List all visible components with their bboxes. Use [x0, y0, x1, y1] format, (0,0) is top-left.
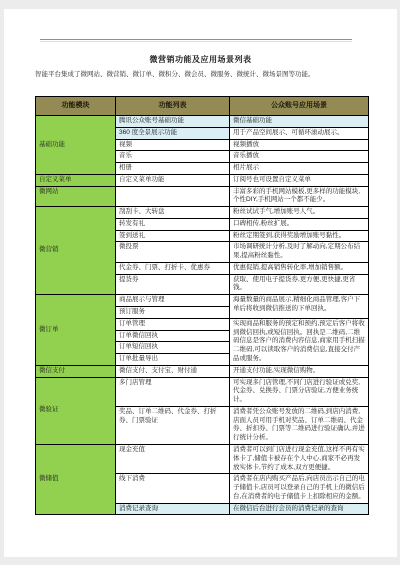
scene-cell: 可实现多门店管理,不同门店进行验证或兑奖,代金券、兑换券、门票分店验证,方便业务… [230, 377, 369, 406]
feature-cell: 视频 [116, 139, 230, 151]
feature-cell: 自定义菜单功能 [116, 174, 230, 186]
feature-cell: 代金券、门票、打折卡、优惠券 [116, 262, 230, 274]
table-row: 微信支付 微信支付、支付宝、财付通 开通支付功能,实现微信购物。 [36, 365, 369, 377]
feature-cell: 签到送礼 [116, 230, 230, 242]
module-cell: 微订单 [36, 295, 116, 366]
feature-cell: 奖品、订单二维码、代金券、打折券、门票验证 [116, 406, 230, 444]
scene-cell: 消费者在店内购买产品后,向店员出示自己的电子储值卡,店员可以登录自己的手机上的微… [230, 474, 369, 503]
feature-cell: 订单管理 [116, 318, 230, 330]
feature-cell: 转发有礼 [116, 218, 230, 230]
feature-cell: 提货券 [116, 274, 230, 295]
table-row: 基础功能 腾讯公众账号基础功能 微信基础功能 [36, 116, 369, 128]
feature-cell: 微信支付、支付宝、财付通 [116, 365, 230, 377]
doc-title: 微营销功能及应用场景列表 [4, 54, 397, 65]
table-header-row: 功能模块 功能列表 公众账号应用场景 [36, 97, 369, 116]
table-row: 微验证 多门店管理 可实现多门店管理,不同门店进行验证或兑奖,代金券、兑换券、门… [36, 377, 369, 406]
module-cell: 微网站 [36, 186, 116, 207]
scene-cell: 粉丝定期签到,获得奖励增加账号黏性。 [230, 230, 369, 242]
module-cell: 微储值 [36, 444, 116, 514]
scene-cell: 消费者凭公众账号发放的二维码,到店内消费,店面人员可用手机对奖品、订单二维码、代… [230, 406, 369, 444]
scene-cell: 音乐播放 [230, 151, 369, 163]
table-row: 微储值 现金充值 消费者可以到门店进行现金充值,这样不再有实体卡了,储值卡被存在… [36, 444, 369, 473]
col-header-feature: 功能列表 [116, 97, 230, 116]
scene-cell: 消费者可以到门店进行现金充值,这样不再有实体卡了,储值卡被存在个人中心,商家不必… [230, 444, 369, 473]
feature-cell: 音乐 [116, 151, 230, 163]
feature-cell: 线下消费 [116, 474, 230, 503]
feature-cell: 现金充值 [116, 444, 230, 473]
doc-subtitle: 智能平台集成了微网站、微营销、微订单、微积分、微会员、微服务、微统计、微场景图等… [35, 69, 397, 78]
col-header-module: 功能模块 [36, 97, 116, 116]
scene-cell: 微信基础功能 [230, 116, 369, 128]
feature-cell: 订单微信回执 [116, 330, 230, 342]
scene-cell: 获取、使用电子提货券,更方便,更快捷,更省钱。 [230, 274, 369, 295]
header-rule [40, 39, 352, 42]
scene-cell: 市场调研统计分析,及时了解动向,定期公布结果,提高粉丝黏性。 [230, 242, 369, 263]
table-row: 微营销 刮刮卡、大转盘 粉丝试试手气,增加账号人气。 [36, 207, 369, 219]
module-cell: 自定义菜单 [36, 174, 116, 186]
scene-cell: 粉丝试试手气,增加账号人气。 [230, 207, 369, 219]
feature-cell: 订单批量导出 [116, 354, 230, 366]
feature-cell: 相册 [116, 163, 230, 175]
module-cell: 微营销 [36, 207, 116, 295]
scene-cell: 在微信后台进行会员的消费记录的查询 [230, 503, 369, 515]
feature-cell: 360 度全景展示功能 [116, 127, 230, 139]
feature-cell: 腾讯公众账号基础功能 [116, 116, 230, 128]
scene-cell: 订阅号也可设置自定义菜单 [230, 174, 369, 186]
feature-cell: 预订服务 [116, 307, 230, 319]
features-table: 功能模块 功能列表 公众账号应用场景 基础功能 腾讯公众账号基础功能 微信基础功… [35, 96, 369, 515]
col-header-scene: 公众账号应用场景 [230, 97, 369, 116]
module-cell: 微信支付 [36, 365, 116, 377]
feature-cell: 订单短信回执 [116, 342, 230, 354]
scene-cell: 优惠促销,提高销售转化率,增加销售额。 [230, 262, 369, 274]
feature-cell: 消费记录查询 [116, 503, 230, 515]
table-row: 微订单 商品展示与管理 海量数量的商品展示,精细化商品管理,客户下单后将收到微信… [36, 295, 369, 307]
page: 微营销功能及应用场景列表 智能平台集成了微网站、微营销、微订单、微积分、微会员、… [4, 9, 397, 557]
feature-cell: 刮刮卡、大转盘 [116, 207, 230, 219]
module-cell: 基础功能 [36, 116, 116, 175]
scene-cell: 用于产品空间展示、可循环滚动展示。 [230, 127, 369, 139]
feature-cell: 微投票 [116, 242, 230, 263]
table-row: 微网站 丰富多彩的手机网站模板,更多样的功能模块,个性DIY,手机网站一个都不能… [36, 186, 369, 207]
scene-cell: 海量数量的商品展示,精细化商品管理,客户下单后将收到微信推送的下单回执。 [230, 295, 369, 319]
scene-cell: 口碑相传,粉丝扩展。 [230, 218, 369, 230]
feature-cell: 多门店管理 [116, 377, 230, 406]
scene-cell: 丰富多彩的手机网站模板,更多样的功能模块,个性DIY,手机网站一个都不能少。 [230, 186, 369, 207]
feature-cell [116, 186, 230, 207]
scene-cell: 实现商品和服务的预定和预约,预定后客户将收到微信回执,或短信回执。回执是二维码,… [230, 318, 369, 365]
module-cell: 微验证 [36, 377, 116, 444]
feature-cell: 商品展示与管理 [116, 295, 230, 307]
table-row: 自定义菜单 自定义菜单功能 订阅号也可设置自定义菜单 [36, 174, 369, 186]
scene-cell: 开通支付功能,实现微信购物。 [230, 365, 369, 377]
scene-cell: 相片展示 [230, 163, 369, 175]
scene-cell: 视频播放 [230, 139, 369, 151]
